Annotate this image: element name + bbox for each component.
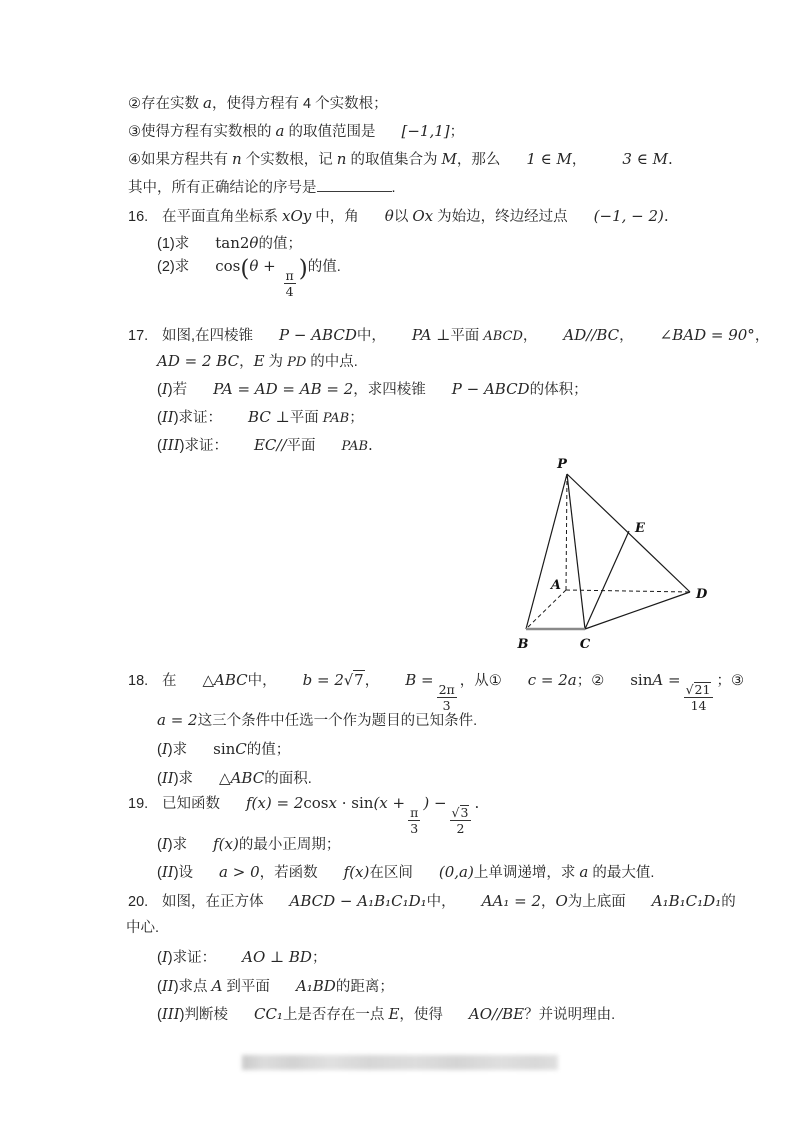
- math-segment: O: [555, 892, 567, 910]
- math-segment: BC ⊥: [248, 408, 290, 426]
- math-segment: AD//BC: [563, 326, 619, 344]
- edge-CD: [585, 592, 690, 629]
- text-segment: ；: [312, 950, 327, 966]
- text-segment: 中心.: [126, 920, 159, 936]
- math-segment: AO//BE: [469, 1005, 524, 1023]
- text-segment: )求证：: [174, 410, 222, 426]
- question-number: 17.: [128, 327, 149, 347]
- q17-part-1: (I)若PA = AD = AB = 2，求四棱锥P − ABCD的体积；: [157, 379, 588, 401]
- math-segment: (x +: [373, 794, 405, 812]
- math-segment: △ABC: [219, 769, 264, 787]
- fraction: 2π3: [437, 683, 457, 712]
- text-segment: )求: [168, 742, 187, 758]
- text-segment: 其中，所有正确结论的序号是: [128, 180, 317, 196]
- fraction-numerator: π: [408, 806, 420, 821]
- edge-EC: [585, 531, 629, 629]
- math-segment: P − ABCD: [279, 326, 357, 344]
- text-segment: (2)求: [157, 259, 189, 275]
- text-segment: 到平面: [222, 979, 270, 995]
- text-segment: .: [668, 150, 673, 168]
- math-segment: ∠BAD = 90°: [660, 326, 755, 344]
- text-segment: 的取值范围是: [284, 124, 375, 140]
- vertex-label-D: D: [695, 587, 708, 602]
- edge-PC: [567, 474, 585, 629]
- text-segment: ②存在实数: [128, 96, 203, 112]
- text-segment: ；: [450, 124, 465, 140]
- text-segment: 以: [394, 209, 413, 225]
- text-segment: 的距离；: [336, 979, 394, 995]
- q16-part-1: (1)求tan2θ的值；: [157, 233, 302, 255]
- math-segment: E: [388, 1005, 399, 1023]
- math-segment: n: [232, 150, 242, 168]
- q19-part-2: (II)设a > 0，若函数f(x)在区间(0,a)上单调递增，求 a 的最大值…: [157, 862, 654, 884]
- math-segment: △ABC: [203, 671, 248, 689]
- q20-part-1: (I)求证：AO ⊥ BD；: [157, 947, 326, 969]
- math-segment: f(x): [213, 835, 239, 853]
- exam-page: ②存在实数 a，使得方程有 4 个实数根； ③使得方程有实数根的 a 的取值范围…: [0, 0, 793, 1122]
- radical-sign: √: [344, 673, 353, 689]
- fraction: π4: [284, 269, 296, 298]
- text-segment: 的面积.: [264, 771, 312, 787]
- text-segment: 在: [162, 673, 177, 689]
- q15-answer-line: 其中，所有正确结论的序号是.: [128, 177, 396, 199]
- q15-option-2: ②存在实数 a，使得方程有 4 个实数根；: [128, 93, 388, 115]
- text-segment: ，: [755, 328, 770, 344]
- q20-part-3: (III)判断棱CC₁上是否存在一点 E，使得AO//BE？并说明理由.: [157, 1004, 615, 1026]
- text-segment: 的中点.: [306, 354, 358, 370]
- math-segment: PAB: [342, 439, 369, 454]
- edge-PA-dashed: [566, 474, 567, 590]
- pyramid-figure: P E A D B C: [488, 452, 716, 660]
- text-segment: 的: [721, 894, 736, 910]
- math-segment: A: [652, 671, 663, 689]
- text-segment: ；③: [716, 673, 744, 689]
- text-segment: ，那么: [457, 152, 501, 168]
- text-segment: )求证：: [168, 950, 216, 966]
- q18-part-2: (II)求△ABC的面积.: [157, 768, 312, 790]
- radicand: 7: [353, 670, 365, 689]
- q15-option-3: ③使得方程有实数根的 a 的取值范围是[−1,1]；: [128, 121, 464, 143]
- text-segment: ，: [365, 673, 380, 689]
- math-segment: ABCD: [483, 329, 523, 344]
- text-segment: 上单调递增，求: [474, 865, 580, 881]
- vertex-label-P: P: [556, 457, 568, 472]
- text-segment: 的最大值.: [588, 865, 654, 881]
- blurred-watermark-bar: [242, 1055, 558, 1070]
- text-segment: ；②: [577, 673, 605, 689]
- math-segment: x: [329, 794, 337, 812]
- text-segment: 的值；: [258, 236, 302, 252]
- edge-AD-dashed: [566, 590, 690, 592]
- math-segment: n: [337, 150, 347, 168]
- text-segment: 中，: [248, 673, 277, 689]
- roman-numeral: II: [162, 769, 174, 787]
- text-segment: ③使得方程有实数根的: [128, 124, 276, 140]
- roman-numeral: III: [162, 436, 180, 454]
- math-segment: PD: [287, 355, 306, 370]
- text-segment: 为始边，终边经过点: [433, 209, 568, 225]
- vertex-label-C: C: [580, 637, 591, 652]
- text-segment: 中，角: [311, 209, 359, 225]
- radicand: 21: [694, 682, 712, 696]
- math-segment: A₁B₁C₁D₁: [652, 892, 721, 910]
- math-segment: a = 2: [157, 711, 198, 729]
- q17-stem-cont: AD = 2 BC，E 为 PD 的中点.: [157, 351, 358, 373]
- math-segment: a > 0: [219, 863, 260, 881]
- text-segment: .: [368, 436, 373, 454]
- q17-part-3: (III)求证：EC//平面PAB.: [157, 435, 373, 457]
- math-segment: AO ⊥ BD: [242, 948, 312, 966]
- question-number: 19.: [128, 795, 149, 815]
- math-segment: 1 ∈ M: [526, 150, 572, 168]
- math-segment: sin: [213, 740, 235, 758]
- text-segment: ？并说明理由.: [524, 1007, 615, 1023]
- math-segment: PA = AD = AB = 2: [213, 380, 353, 398]
- radical-sign: √: [452, 806, 460, 819]
- math-segment: P − ABCD: [452, 380, 530, 398]
- text-segment: 中，: [357, 328, 386, 344]
- math-segment: EC//: [254, 436, 287, 454]
- math-segment: +: [258, 257, 280, 275]
- math-segment: f(x) = 2: [246, 794, 303, 812]
- text-segment: )设: [174, 865, 193, 881]
- q20-part-2: (II)求点 A 到平面A₁BD的距离；: [157, 976, 394, 998]
- text-segment: ，: [523, 328, 538, 344]
- q20-stem: 20.如图，在正方体ABCD − A₁B₁C₁D₁中，AA₁ = 2，O为上底面…: [128, 891, 736, 913]
- fraction-denominator: 3: [410, 821, 418, 835]
- text-segment: ，: [619, 328, 634, 344]
- text-segment: )求: [174, 771, 193, 787]
- text-segment: 为上底面: [568, 894, 626, 910]
- text-segment: 平面: [450, 328, 483, 344]
- question-number: 16.: [128, 208, 149, 228]
- vertex-label-A: A: [549, 578, 561, 593]
- text-segment: )求证：: [180, 438, 228, 454]
- q18-stem: 18.在△ABC中，b = 2√7，B =2π3，从①c = 2a；②sinA …: [128, 670, 744, 712]
- math-segment: · sin: [337, 794, 373, 812]
- vertex-label-B: B: [517, 637, 529, 652]
- math-segment: AD = 2 BC: [157, 352, 239, 370]
- text-segment: .: [392, 180, 396, 196]
- text-segment: ，求四棱锥: [353, 382, 426, 398]
- q17-part-2: (II)求证：BC ⊥平面 PAB；: [157, 407, 364, 429]
- roman-numeral: III: [162, 1005, 180, 1023]
- text-segment: (1)求: [157, 236, 189, 252]
- fraction-numerator: 2π: [437, 683, 457, 698]
- text-segment: 上是否存在一点: [283, 1007, 389, 1023]
- text-segment: )判断棱: [180, 1007, 228, 1023]
- math-segment: c = 2a: [528, 671, 577, 689]
- q20-stem-cont: 中心.: [126, 919, 159, 939]
- text-segment: 这三个条件中任选一个作为题目的已知条件.: [198, 713, 478, 729]
- text-segment: 的取值集合为: [346, 152, 441, 168]
- math-segment: AA₁ = 2: [482, 892, 541, 910]
- text-segment: ，: [541, 894, 556, 910]
- math-segment: −: [429, 794, 446, 812]
- text-segment: 如图，在正方体: [162, 894, 264, 910]
- q18-part-1: (I)求sinC的值；: [157, 739, 290, 761]
- text-segment: ④如果方程共有: [128, 152, 232, 168]
- fraction: √32: [450, 805, 472, 835]
- text-segment: 已知函数: [162, 796, 220, 812]
- text-segment: ；: [349, 410, 364, 426]
- fraction: √2114: [684, 682, 714, 712]
- fraction-numerator: π: [284, 269, 296, 284]
- math-segment: a: [579, 863, 588, 881]
- q18-stem-cont: a = 2这三个条件中任选一个作为题目的已知条件.: [157, 710, 477, 732]
- q16-part-2: (2)求cos(θ + π4)的值.: [157, 256, 341, 298]
- math-segment: A₁BD: [296, 977, 336, 995]
- roman-numeral: II: [162, 977, 174, 995]
- q19-stem: 19.已知函数f(x) = 2cosx · sin(x +π3) −√32.: [128, 793, 479, 835]
- q17-stem: 17.如图,在四棱锥P − ABCD中，PA ⊥平面 ABCD，AD//BC，∠…: [128, 325, 769, 347]
- text-segment: 平面: [287, 438, 316, 454]
- text-segment: )若: [168, 382, 187, 398]
- math-segment: PA ⊥: [412, 326, 450, 344]
- math-segment: CC₁: [254, 1005, 283, 1023]
- text-segment: 平面: [290, 410, 323, 426]
- roman-numeral: II: [162, 863, 174, 881]
- text-segment: 个实数根，记: [242, 152, 337, 168]
- q19-part-1: (I)求f(x)的最小正周期；: [157, 834, 340, 856]
- open-paren: (: [240, 256, 249, 282]
- text-segment: ，使得: [399, 1007, 443, 1023]
- question-number: 20.: [128, 893, 149, 913]
- math-segment: Ox: [412, 207, 433, 225]
- text-segment: .: [474, 794, 479, 812]
- text-segment: )求: [168, 837, 187, 853]
- text-segment: 为: [265, 354, 288, 370]
- math-segment: =: [663, 671, 680, 689]
- radical-sign: √: [686, 683, 694, 696]
- math-segment: E: [254, 352, 265, 370]
- text-segment: 在平面直角坐标系: [162, 209, 282, 225]
- math-segment: b = 2: [303, 671, 344, 689]
- math-segment: (0,a): [439, 863, 474, 881]
- math-segment: cos: [303, 794, 328, 812]
- math-segment: f(x): [344, 863, 370, 881]
- question-number: 18.: [128, 672, 149, 692]
- q15-option-4: ④如果方程共有 n 个实数根，记 n 的取值集合为 M，那么1 ∈ M，3 ∈ …: [128, 149, 673, 171]
- vertex-label-E: E: [634, 521, 646, 536]
- math-segment: tan2: [215, 234, 249, 252]
- math-segment: 3 ∈ M: [622, 150, 668, 168]
- math-segment: a: [203, 94, 212, 112]
- math-segment: M: [442, 150, 457, 168]
- text-segment: ，若函数: [260, 865, 318, 881]
- fraction-denominator: 2: [457, 821, 465, 835]
- close-paren: ): [299, 256, 308, 282]
- text-segment: ，: [572, 152, 587, 168]
- text-segment: ，从①: [460, 673, 502, 689]
- fraction-denominator: 14: [691, 698, 707, 712]
- fraction-denominator: 4: [286, 284, 294, 298]
- text-segment: 的值.: [308, 259, 341, 275]
- fraction-numerator: √21: [684, 682, 714, 698]
- math-segment: [−1,1]: [402, 122, 450, 140]
- text-segment: ，使得方程有 4 个实数根；: [212, 96, 388, 112]
- text-segment: 中，: [427, 894, 456, 910]
- math-segment: ABCD − A₁B₁C₁D₁: [290, 892, 427, 910]
- math-segment: xOy: [282, 207, 311, 225]
- answer-blank: [317, 177, 392, 192]
- text-segment: ，: [239, 354, 254, 370]
- text-segment: 的值；: [247, 742, 291, 758]
- math-segment: (−1, − 2): [594, 207, 664, 225]
- math-segment: sin: [630, 671, 652, 689]
- text-segment: 的体积；: [530, 382, 588, 398]
- q16-stem: 16.在平面直角坐标系 xOy 中，角θ以 Ox 为始边，终边经过点(−1, −…: [128, 206, 669, 228]
- text-segment: )求点: [174, 979, 212, 995]
- math-segment: PAB: [323, 411, 350, 426]
- fraction: π3: [408, 806, 420, 835]
- math-segment: B =: [405, 671, 433, 689]
- math-segment: C: [235, 740, 246, 758]
- math-segment: θ: [385, 207, 394, 225]
- fraction-numerator: √3: [450, 805, 472, 821]
- text-segment: .: [664, 207, 669, 225]
- text-segment: 的最小正周期；: [239, 837, 341, 853]
- radicand: 3: [460, 805, 470, 819]
- edge-PB: [526, 474, 567, 629]
- roman-numeral: II: [162, 408, 174, 426]
- text-segment: 在区间: [369, 865, 413, 881]
- math-segment: cos: [215, 257, 240, 275]
- math-segment: A: [212, 977, 223, 995]
- text-segment: 如图,在四棱锥: [162, 328, 253, 344]
- edge-AB-dashed: [526, 590, 566, 629]
